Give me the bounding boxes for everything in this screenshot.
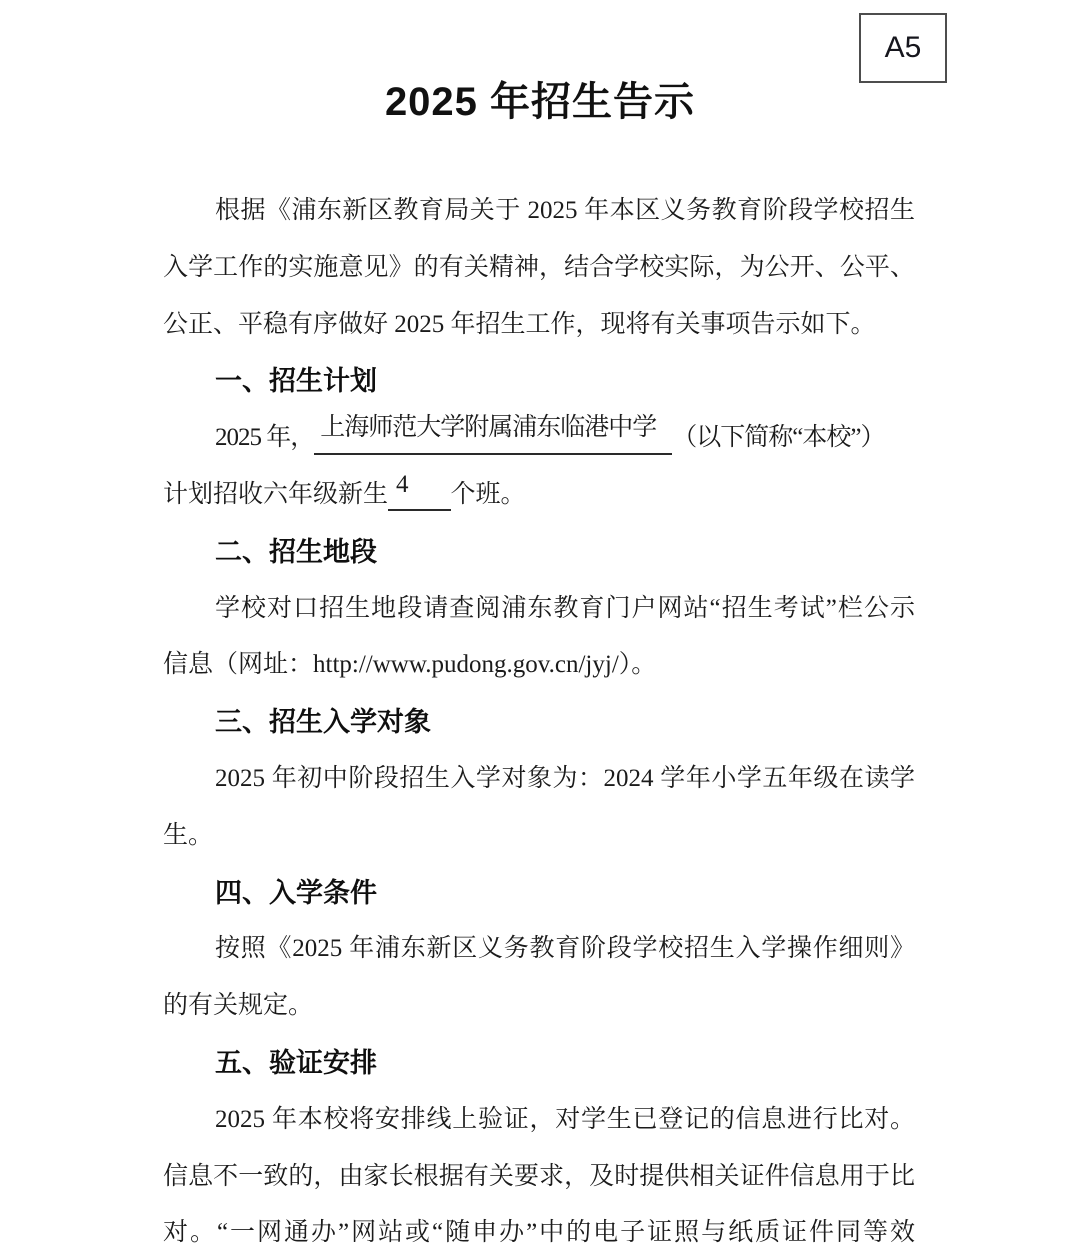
document-body: 根据《浦东新区教育局关于 2025 年本区义务教育阶段学校招生入学工作的实施意见… bbox=[163, 183, 915, 1259]
text-run: 的有关规定。 bbox=[163, 992, 313, 1019]
text-run: 个班。 bbox=[451, 481, 526, 508]
section-heading: 五、验证安排 bbox=[163, 1035, 915, 1092]
text-run: 生。 bbox=[163, 822, 213, 849]
text-run: 四、入学条件 bbox=[215, 878, 377, 908]
text-run: 一、招生计划 bbox=[215, 366, 377, 396]
document-line: 2025 年初中阶段招生入学对象为：2024 学年小学五年级在读学 bbox=[163, 751, 915, 808]
text-run: 2025 年初中阶段招生入学对象为：2024 学年小学五年级在读学 bbox=[215, 765, 915, 792]
document-line: 学校对口招生地段请查阅浦东教育门户网站“招生考试”栏公示 bbox=[163, 581, 915, 638]
document-title: 2025 年招生告示 bbox=[0, 70, 1080, 127]
text-run: 对。“一网通办”网站或“随申办”中的电子证照与纸质证件同等效 bbox=[163, 1219, 915, 1246]
fill-in-text: 上海师范大学附属浦东临港中学 bbox=[320, 407, 656, 443]
text-run: 五、验证安排 bbox=[215, 1048, 377, 1078]
document-line: 信息（网址：http://www.pudong.gov.cn/jyj/）。 bbox=[163, 637, 915, 694]
text-run: 信息不一致的，由家长根据有关要求，及时提供相关证件信息用于比 bbox=[163, 1163, 915, 1190]
text-run: 学校对口招生地段请查阅浦东教育门户网站“招生考试”栏公示 bbox=[215, 595, 915, 622]
text-run: 按照《2025 年浦东新区义务教育阶段学校招生入学操作细则》 bbox=[215, 935, 915, 962]
document-line: 生。 bbox=[163, 808, 915, 865]
document-line: 入学工作的实施意见》的有关精神，结合学校实际，为公开、公平、 bbox=[163, 240, 915, 297]
section-heading: 四、入学条件 bbox=[163, 865, 915, 922]
fill-in-blank: 上海师范大学附属浦东临港中学 bbox=[314, 417, 672, 455]
text-run: 二、招生地段 bbox=[215, 537, 377, 567]
document-line: 2025 年，上海师范大学附属浦东临港中学（以下简称“本校”） bbox=[163, 410, 915, 467]
text-run: 信息（网址：http://www.pudong.gov.cn/jyj/）。 bbox=[163, 651, 656, 678]
document-line: 根据《浦东新区教育局关于 2025 年本区义务教育阶段学校招生 bbox=[163, 183, 915, 240]
text-run: （以下简称“本校”） bbox=[672, 424, 884, 451]
page-size-label: A5 bbox=[885, 31, 922, 65]
document-line: 计划招收六年级新生4个班。 bbox=[163, 467, 915, 524]
document-line: 的有关规定。 bbox=[163, 978, 915, 1035]
fill-in-blank: 4 bbox=[388, 481, 451, 511]
text-run: 入学工作的实施意见》的有关精神，结合学校实际，为公开、公平、 bbox=[163, 254, 915, 281]
document-line: 信息不一致的，由家长根据有关要求，及时提供相关证件信息用于比 bbox=[163, 1149, 915, 1206]
document-page: A5 2025 年招生告示 根据《浦东新区教育局关于 2025 年本区义务教育阶… bbox=[0, 0, 1080, 1259]
document-line: 对。“一网通办”网站或“随申办”中的电子证照与纸质证件同等效 bbox=[163, 1205, 915, 1259]
text-run: 计划招收六年级新生 bbox=[163, 481, 388, 508]
text-run: 2025 年， bbox=[215, 424, 314, 451]
document-line: 按照《2025 年浦东新区义务教育阶段学校招生入学操作细则》 bbox=[163, 921, 915, 978]
text-run: 三、招生入学对象 bbox=[215, 707, 431, 737]
text-run: 根据《浦东新区教育局关于 2025 年本区义务教育阶段学校招生 bbox=[215, 197, 915, 224]
section-heading: 二、招生地段 bbox=[163, 524, 915, 581]
section-heading: 一、招生计划 bbox=[163, 353, 915, 410]
section-heading: 三、招生入学对象 bbox=[163, 694, 915, 751]
text-run: 2025 年本校将安排线上验证，对学生已登记的信息进行比对。 bbox=[215, 1106, 915, 1133]
document-line: 公正、平稳有序做好 2025 年招生工作，现将有关事项告示如下。 bbox=[163, 297, 915, 354]
text-run: 公正、平稳有序做好 2025 年招生工作，现将有关事项告示如下。 bbox=[163, 311, 876, 338]
document-line: 2025 年本校将安排线上验证，对学生已登记的信息进行比对。 bbox=[163, 1092, 915, 1149]
fill-in-text: 4 bbox=[396, 471, 409, 499]
